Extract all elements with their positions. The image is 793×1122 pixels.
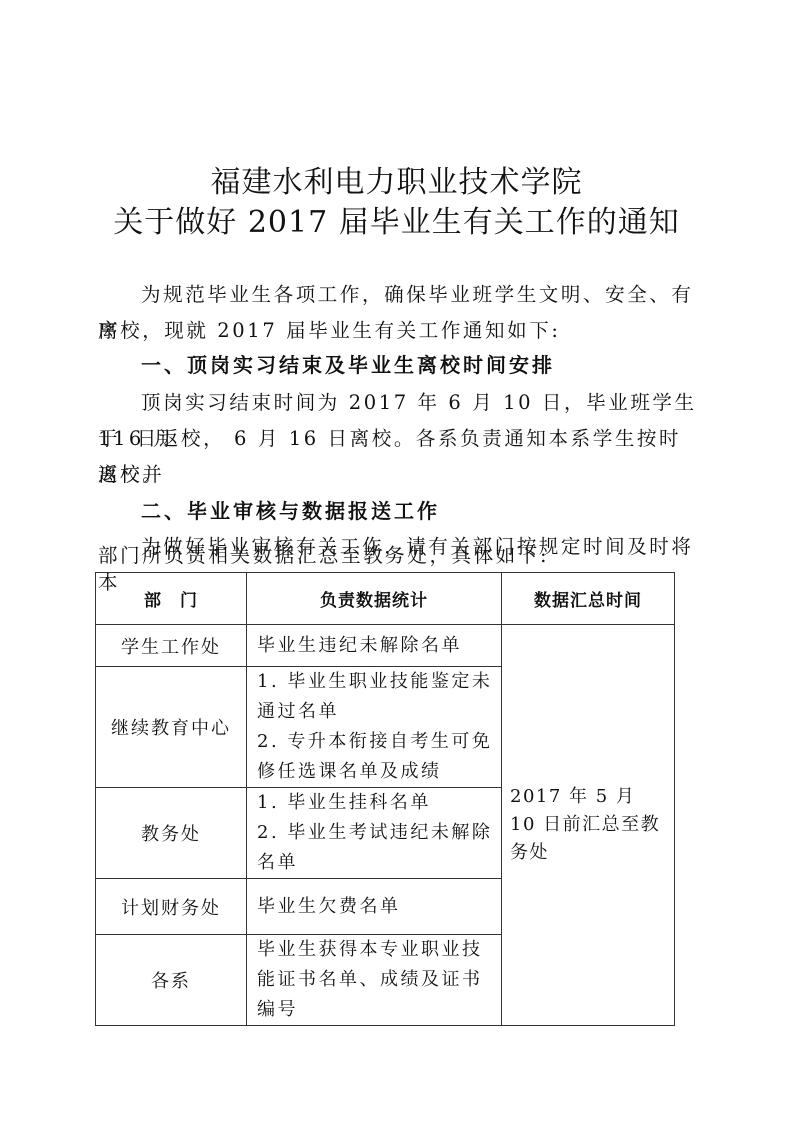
data-submission-table: 部 门 负责数据统计 数据汇总时间 学生工作处 毕业生违纪未解除名单 2017 … (95, 572, 675, 1026)
dept-cell: 各系 (96, 935, 247, 1026)
section1-line3: 离校。 (98, 457, 698, 493)
dept-cell: 计划财务处 (96, 879, 247, 935)
section1-heading: 一、顶岗实习结束及毕业生离校时间安排 (141, 347, 555, 383)
data-cell: 毕业生欠费名单 (247, 879, 502, 935)
data-item: 1. 毕业生挂科名单 (257, 788, 501, 818)
data-item: 2. 专升本衔接自考生可免修任选课名单及成绩 (257, 727, 501, 787)
table-header-time: 数据汇总时间 (502, 573, 675, 625)
data-cell: 毕业生违纪未解除名单 (247, 625, 502, 667)
table-header-dept: 部 门 (96, 573, 247, 625)
dept-cell: 学生工作处 (96, 625, 247, 667)
data-cell: 毕业生获得本专业职业技能证书名单、成绩及证书编号 (247, 935, 502, 1026)
data-cell: 1. 毕业生职业技能鉴定未通过名单 2. 专升本衔接自考生可免修任选课名单及成绩 (247, 667, 502, 788)
data-cell: 1. 毕业生挂科名单 2. 毕业生考试违纪未解除名单 (247, 788, 502, 879)
table-row: 学生工作处 毕业生违纪未解除名单 2017 年 5 月 10 日前汇总至教务处 (96, 625, 675, 667)
document-title-line1: 福建水利电力职业技术学院 (0, 163, 793, 203)
dept-cell: 继续教育中心 (96, 667, 247, 788)
data-item: 1. 毕业生职业技能鉴定未通过名单 (257, 667, 501, 727)
intro-line2: 离校，现就 2017 届毕业生有关工作通知如下: (98, 313, 698, 349)
data-item: 2. 毕业生考试违纪未解除名单 (257, 818, 501, 878)
document-title-line2: 关于做好 2017 届毕业生有关工作的通知 (0, 203, 793, 243)
section2-line2: 部门所负责相关数据汇总至教务处，具体如下: (98, 538, 698, 574)
deadline-cell: 2017 年 5 月 10 日前汇总至教务处 (502, 625, 675, 1026)
dept-cell: 教务处 (96, 788, 247, 879)
table-header-data: 负责数据统计 (247, 573, 502, 625)
section2-heading: 二、毕业审核与数据报送工作 (141, 493, 440, 529)
